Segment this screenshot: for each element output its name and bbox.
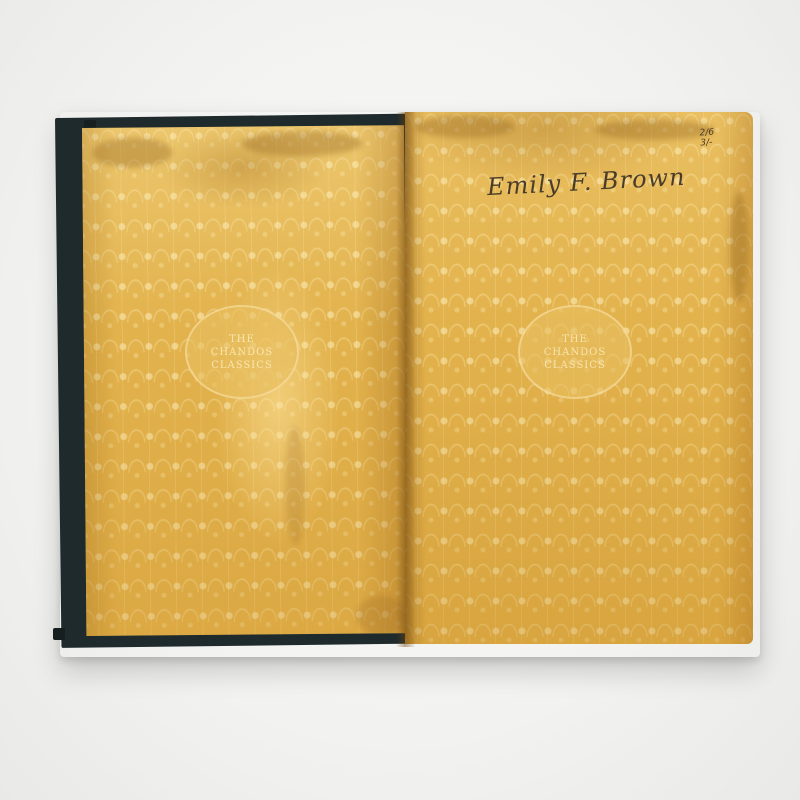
pencil-price-note: 2/6 3/- bbox=[699, 128, 715, 149]
book-gutter bbox=[396, 112, 414, 647]
medallion-text: THE bbox=[229, 333, 255, 346]
chandos-classics-medallion-right: THE CHANDOS CLASSICS bbox=[518, 305, 632, 399]
medallion-text: CLASSICS bbox=[211, 359, 273, 372]
medallion-text: CHANDOS bbox=[544, 346, 606, 359]
cover-corner-bottom bbox=[53, 628, 65, 640]
edge-stain bbox=[730, 192, 748, 302]
water-stain bbox=[595, 120, 715, 140]
medallion-text: CLASSICS bbox=[544, 359, 606, 372]
medallion-text: THE bbox=[562, 333, 588, 346]
chandos-classics-medallion-left: THE CHANDOS CLASSICS bbox=[185, 305, 299, 399]
medallion-text: CHANDOS bbox=[211, 346, 273, 359]
price-note-line: 2/6 bbox=[699, 128, 714, 139]
water-stain bbox=[415, 116, 515, 138]
price-note-line: 3/- bbox=[700, 137, 715, 148]
